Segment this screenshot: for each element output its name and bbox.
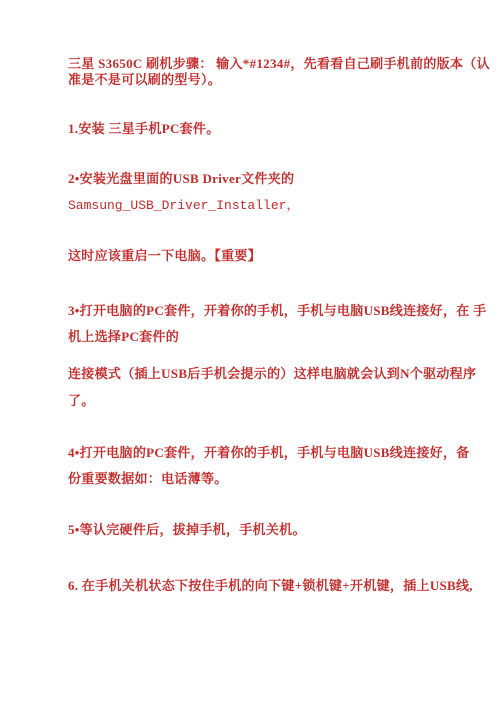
text-line: 5•等认完硬件后，拔掉手机，手机关机。 [68,523,306,537]
document-page: 三星 S3650C 刷机步骤： 输入*#1234#，先看看自己刷手机前的版本（认… [0,0,500,707]
text-line: 机上选择PC套件的 [68,330,179,344]
text-line: 连接模式（插上USB后手机会提示的）这样电脑就会认到N个驱动程序 [68,367,448,381]
text-line: 了。 [68,394,95,408]
text-line: 份重要数据如：电话薄等。 [68,472,228,486]
text-line: 三星 S3650C 刷机步骤： 输入*#1234#，先看看自己刷手机前的版本（认 [68,57,448,71]
text-line: 1.安装 三星手机PC套件。 [68,122,220,136]
text-line: 准是不是可以刷的型号）。 [68,73,221,87]
text-line: 3•打开电脑的PC套件，开着你的手机，手机与电脑USB线连接好，在 手 [68,304,448,318]
text-line: 这时应该重启一下电脑。【重要】 [68,249,261,263]
text-line: 4•打开电脑的PC套件，开着你的手机，手机与电脑USB线连接好，备 [68,446,448,460]
text-line-filename: Samsung_USB_Driver_Installer， [68,199,299,213]
text-line: 2•安装光盘里面的USB Driver文件夹的 [68,172,294,186]
text-line: 6. 在手机关机状态下按住手机的向下键+锁机键+开机键，插上USB线, [68,579,448,593]
